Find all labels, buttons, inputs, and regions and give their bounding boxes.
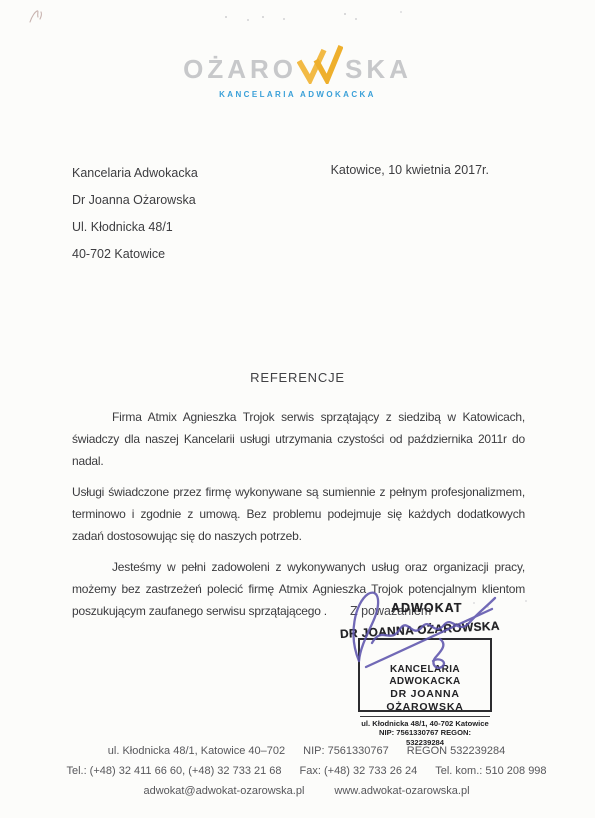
paragraph-2: Usługi świadczone przez firmę wykonywane… [72,481,525,547]
footer-fax: Fax: (+48) 32 733 26 24 [300,761,418,781]
recipient-line: 40-702 Katowice [72,241,198,268]
paragraph-1: Firma Atmix Agnieszka Trojok serwis sprz… [72,406,525,472]
stamp-box-line2: DR JOANNA OŻAROWSKA [360,688,490,714]
logo-wordmark: OŻARO SKA [183,44,412,82]
stamp-box-divider [360,716,490,717]
footer-telephone: Tel.: (+48) 32 411 66 60, (+48) 32 733 2… [66,761,281,781]
footer-regon: REGON 532239284 [407,741,505,761]
logo-subtitle: KANCELARIA ADWOKACKA [0,90,595,99]
footer-row-1: ul. Kłodnicka 48/1, Katowice 40–702 NIP:… [0,741,595,761]
letter-body: Firma Atmix Agnieszka Trojok serwis sprz… [72,406,525,631]
document-title: REFERENCJE [72,370,523,385]
firm-logo: OŻARO SKA KANCELARIA ADWOKACKA [0,44,595,99]
recipient-block: Kancelaria Adwokacka Dr Joanna Ożarowska… [72,160,198,268]
logo-w-checkmarks-icon [297,44,343,84]
office-stamp-box: KANCELARIA ADWOKACKA DR JOANNA OŻAROWSKA… [358,638,492,712]
stamp-box-line1: KANCELARIA ADWOKACKA [360,664,490,688]
scanned-letter-page: OŻARO SKA KANCELARIA ADWOKACKA Kancelari… [0,0,595,818]
stamp-box-line3: ul. Kłodnicka 48/1, 40-702 Katowice [360,719,490,728]
footer-mobile: Tel. kom.: 510 208 998 [435,761,546,781]
stamp-adwokat-text: ADWOKAT [391,601,462,615]
footer-email: adwokat@adwokat-ozarowska.pl [143,781,304,801]
footer-row-3: adwokat@adwokat-ozarowska.pl www.adwokat… [0,781,595,801]
recipient-line: Ul. Kłodnicka 48/1 [72,214,198,241]
scan-noise-specks [225,16,227,18]
date-line: Katowice, 10 kwietnia 2017r. [331,163,489,177]
recipient-line: Dr Joanna Ożarowska [72,187,198,214]
footer-address: ul. Kłodnicka 48/1, Katowice 40–702 [108,741,285,761]
footer-website: www.adwokat-ozarowska.pl [334,781,469,801]
recipient-line: Kancelaria Adwokacka [72,160,198,187]
footer-row-2: Tel.: (+48) 32 411 66 60, (+48) 32 733 2… [0,761,595,781]
letterhead-footer: ul. Kłodnicka 48/1, Katowice 40–702 NIP:… [0,741,595,801]
pencil-mark [26,6,48,28]
logo-text-prefix: OŻARO [183,56,297,82]
logo-text-suffix: SKA [345,56,412,82]
footer-nip: NIP: 7561330767 [303,741,389,761]
